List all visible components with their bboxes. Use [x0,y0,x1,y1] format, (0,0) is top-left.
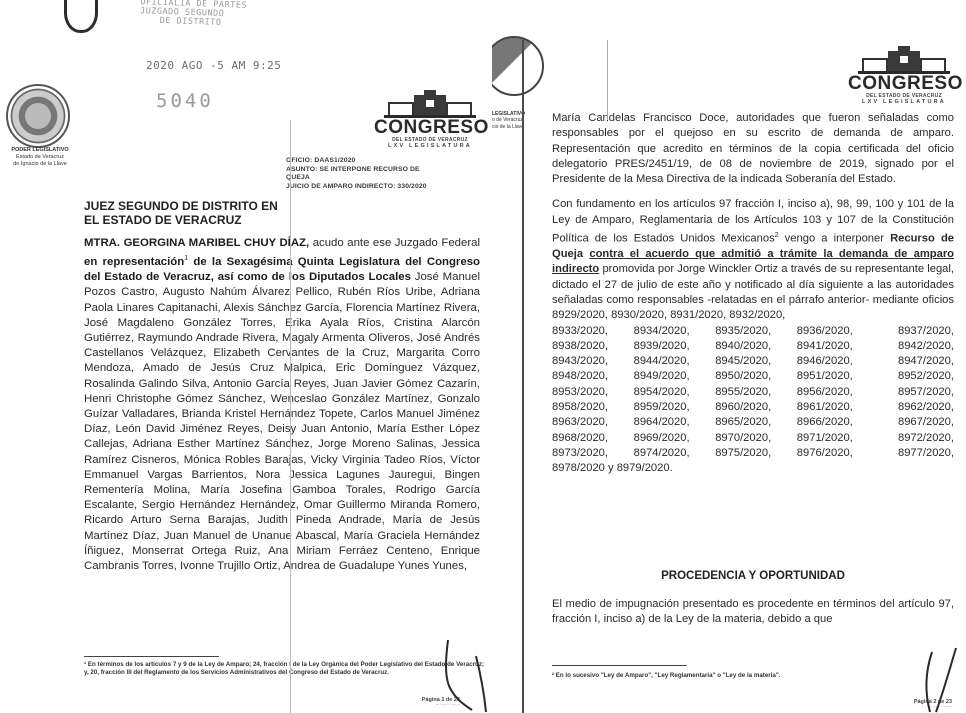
footnote-divider [84,656,219,657]
addressee-line: JUEZ SEGUNDO DE DISTRITO EN [84,199,278,213]
oficio-number: 8959/2020, [634,400,710,415]
congreso-logo: CONGRESO DEL ESTADO DE VERACRUZ LXV LEGI… [374,90,486,150]
oficio-number: 8949/2020, [634,369,710,384]
paragraph-fundamento: Con fundamento en los artículos 97 fracc… [552,197,954,323]
juicio-number: JUICIO DE AMPARO INDIRECTO: 330/2020 [286,183,496,192]
seal-caption-line: PODER LEGISLATIVO [0,147,80,154]
oficio-number: 8952/2020, [878,369,954,384]
scan-artifact-line [290,120,291,713]
deputies-list: José Manuel Pozos Castro, Augusto Nahúm … [84,271,480,572]
scan-artifact-line [522,40,524,713]
logo-word: CONGRESO [848,74,960,93]
oficio-number: 8933/2020, [552,324,628,339]
oficio-number: 8944/2020, [634,354,710,369]
seal-caption-line: cio de la Llave [492,124,542,130]
oficio-number: 8974/2020, [634,446,710,461]
oficio-number: 8943/2020, [552,354,628,369]
body-text: vengo a interponer [779,233,891,245]
oficio-number: 8970/2020, [715,431,791,446]
oficio-number: OFICIO: DAAS1/2020 [286,157,496,166]
oficio-number: 8969/2020, [634,431,710,446]
oficio-number: 8966/2020, [797,415,873,430]
oficio-number: 8958/2020, [552,400,628,415]
oficio-number: 8962/2020, [878,400,954,415]
congress-building-icon [854,46,954,74]
oficio-number: 8960/2020, [715,400,791,415]
congress-building-icon [380,90,480,118]
body-paragraph: MTRA. GEORGINA MARIBEL CHUY DÍAZ, acudo … [84,236,480,574]
asunto: ASUNTO: SE INTERPONE RECURSO DE [286,166,496,175]
seal-caption-line: Estado de Veracruz [0,154,80,161]
reception-stamp: OFICIALIA DE PARTES JUZGADO SEGUNDO DE D… [140,0,248,29]
oficio-number: 8971/2020, [797,431,873,446]
signature-icon [912,646,966,713]
oficio-number: 8953/2020, [552,385,628,400]
body-text: promovida por Jorge Winckler Ortiz a tra… [552,263,954,321]
logo-word: CONGRESO [374,118,486,137]
oficio-number: 8946/2020, [797,354,873,369]
paragraph-representation: María Candelas Francisco Doce, autoridad… [552,111,954,187]
oficio-number: 8935/2020, [715,324,791,339]
oficio-number: 8975/2020, [715,446,791,461]
stamp-handle-icon [64,0,98,33]
document-metadata: OFICIO: DAAS1/2020 ASUNTO: SE INTERPONE … [286,157,496,191]
oficio-number: 8954/2020, [634,385,710,400]
document-page-1: OFICIALIA DE PARTES JUZGADO SEGUNDO DE D… [0,0,496,713]
oficio-number: 8972/2020, [878,431,954,446]
paragraph-procedencia: El medio de impugnación presentado es pr… [552,597,954,628]
document-page-2: LEGISLATIVO o de Veracruz cio de la Llav… [492,0,966,713]
body-text: acudo ante ese Juzgado Federal [309,237,480,249]
section-heading: PROCEDENCIA Y OPORTUNIDAD [552,570,954,582]
oficio-number: 8945/2020, [715,354,791,369]
oficio-number: 8947/2020, [878,354,954,369]
oficio-number: 8934/2020, [634,324,710,339]
footnote: ¹ En términos de los artículos 7 y 9 de … [84,661,484,676]
oficio-number: 8936/2020, [797,324,873,339]
oficios-list: 8933/2020,8934/2020,8935/2020,8936/2020,… [552,324,954,462]
oficio-number: 8973/2020, [552,446,628,461]
body-bold: en representación [84,256,184,268]
oficio-number: 8976/2020, [797,446,873,461]
oficio-number: 8968/2020, [552,431,628,446]
asunto-continued: QUEJA [286,174,496,183]
oficio-number: 8948/2020, [552,369,628,384]
oficio-number: 8964/2020, [634,415,710,430]
oficio-number: 8951/2020, [797,369,873,384]
signature-icon [440,636,496,713]
registry-number-stamp: 5040 [156,92,214,112]
scan-artifact-line [607,40,608,120]
oficio-number: 8957/2020, [878,385,954,400]
oficio-number: 8963/2020, [552,415,628,430]
oficio-number: 8941/2020, [797,339,873,354]
oficios-last: 8978/2020 y 8979/2020. [552,461,954,476]
oficio-number: 8955/2020, [715,385,791,400]
seal-caption: PODER LEGISLATIVO Estado de Veracruz de … [0,147,80,168]
footnote-divider [552,665,687,666]
oficio-number: 8940/2020, [715,339,791,354]
addressee: JUEZ SEGUNDO DE DISTRITO EN EL ESTADO DE… [84,199,278,227]
signer-name: MTRA. GEORGINA MARIBEL CHUY DÍAZ, [84,237,309,249]
seal-caption-line: de Ignacio de la Llave [0,161,80,168]
oficio-number: 8950/2020, [715,369,791,384]
oficio-number: 8942/2020, [878,339,954,354]
oficio-number: 8939/2020, [634,339,710,354]
oficio-number: 8961/2020, [797,400,873,415]
oficio-number: 8938/2020, [552,339,628,354]
state-seal-icon [492,36,544,96]
seal-caption: LEGISLATIVO o de Veracruz cio de la Llav… [492,111,542,130]
national-seal-icon [6,84,70,148]
addressee-line: EL ESTADO DE VERACRUZ [84,213,278,227]
oficio-number: 8965/2020, [715,415,791,430]
logo-legislature: LXV LEGISLATURA [374,143,486,150]
oficio-number: 8967/2020, [878,415,954,430]
oficio-number: 8937/2020, [878,324,954,339]
body-text: María Candelas Francisco Doce, autoridad… [552,111,954,477]
oficio-number: 8956/2020, [797,385,873,400]
footnote: ² En lo sucesivo "Ley de Amparo", "Ley R… [552,672,952,679]
received-date-stamp: 2020 AGO -5 AM 9:25 [146,60,281,72]
congreso-logo: CONGRESO DEL ESTADO DE VERACRUZ LXV LEGI… [848,46,960,106]
logo-legislature: LXV LEGISLATURA [848,99,960,106]
oficio-number: 8977/2020, [878,446,954,461]
